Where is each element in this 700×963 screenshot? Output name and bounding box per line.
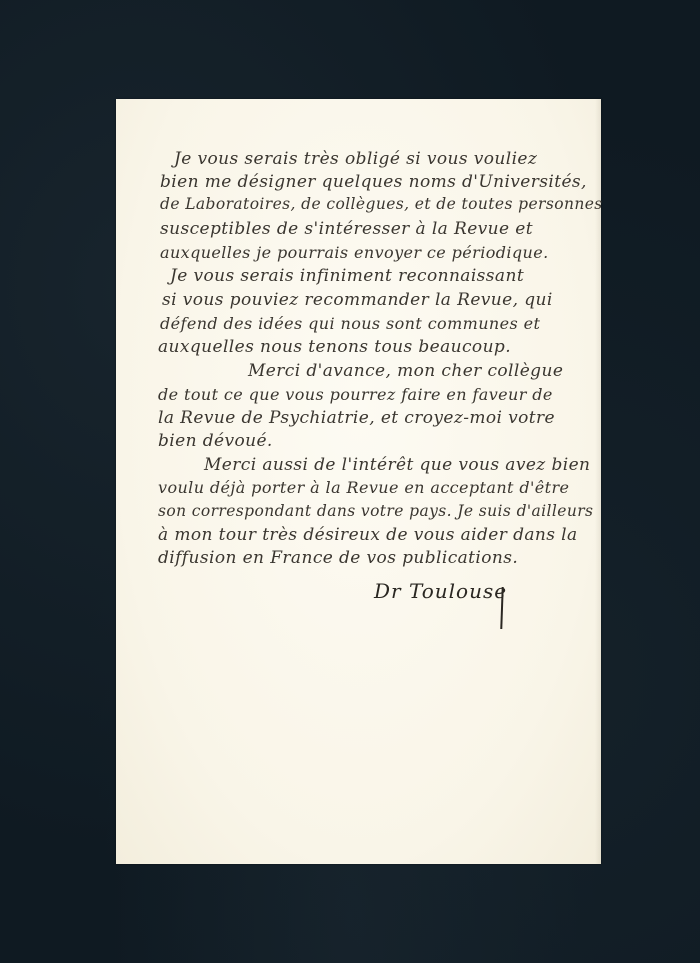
letter-line-4: susceptibles de s'intéresser à la Revue … [160,221,533,238]
letter-line-11: de tout ce que vous pourrez faire en fav… [158,387,553,403]
letter-line-15: voulu déjà porter à la Revue en acceptan… [158,480,569,496]
letter-line-12: la Revue de Psychiatrie, et croyez-moi v… [158,410,555,427]
letter-line-5: auxquelles je pourrais envoyer ce périod… [160,245,549,261]
signature: Dr Toulouse [374,579,507,603]
letter-line-1: Je vous serais très obligé si vous vouli… [174,151,537,168]
letter-line-16: son correspondant dans votre pays. Je su… [158,504,593,520]
letter-line-17: à mon tour très désireux de vous aider d… [158,527,578,544]
letter-line-9: auxquelles nous tenons tous beaucoup. [158,339,511,356]
letter-line-6: Je vous serais infiniment reconnaissant [170,268,524,285]
letter-line-2: bien me désigner quelques noms d'Univers… [160,174,587,191]
letter-line-10: Merci d'avance, mon cher collègue [248,363,563,380]
letter-page: Je vous serais très obligé si vous vouli… [116,99,601,864]
letter-line-18: diffusion en France de vos publications. [158,550,518,567]
letter-line-14: Merci aussi de l'intérêt que vous avez b… [204,457,590,474]
letter-line-7: si vous pouviez recommander la Revue, qu… [162,292,553,309]
letter-line-3: de Laboratoires, de collègues, et de tou… [160,197,603,213]
signature-flourish [500,587,503,629]
letter-line-13: bien dévoué. [158,433,273,450]
letter-line-8: défend des idées qui nous sont communes … [160,316,540,332]
